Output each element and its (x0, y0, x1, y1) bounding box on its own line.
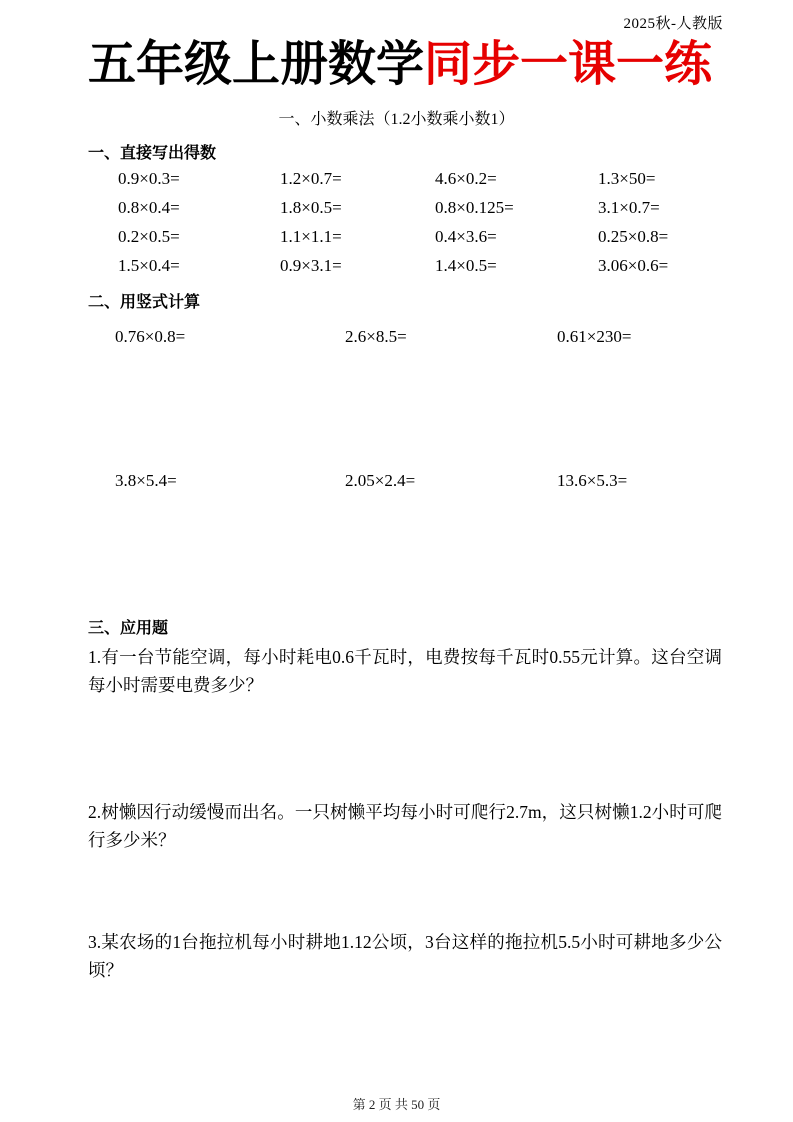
oral-problem: 0.25×0.8= (598, 222, 710, 251)
vertical-problem: 13.6×5.3= (530, 470, 710, 492)
oral-problem: 1.2×0.7= (280, 164, 435, 193)
oral-calculation-grid: 0.9×0.3= 1.2×0.7= 4.6×0.2= 1.3×50= 0.8×0… (88, 164, 710, 280)
vertical-problem: 2.6×8.5= (318, 326, 530, 348)
word-problem: 2.树懒因行动缓慢而出名。一只树懒平均每小时可爬行2.7m，这只树懒1.2小时可… (88, 798, 722, 854)
edition-label: 2025秋-人教版 (624, 12, 724, 33)
vertical-calculation-row: 3.8×5.4= 2.05×2.4= 13.6×5.3= (88, 470, 710, 492)
oral-problem: 0.2×0.5= (88, 222, 280, 251)
oral-problem: 1.3×50= (598, 164, 710, 193)
lesson-subtitle: 一、小数乘法（1.2小数乘小数1） (0, 106, 793, 129)
oral-problem: 0.9×0.3= (88, 164, 280, 193)
word-problem: 1.有一台节能空调，每小时耗电0.6千瓦时，电费按每千瓦时0.55元计算。这台空… (88, 643, 722, 699)
title-black-part: 五年级上册数学 (88, 38, 424, 91)
vertical-problem: 0.61×230= (530, 326, 710, 348)
word-problem: 3.某农场的1台拖拉机每小时耕地1.12公顷，3台这样的拖拉机5.5小时可耕地多… (88, 928, 722, 984)
page-footer: 第 2 页 共 50 页 (0, 1094, 793, 1113)
title-red-part: 同步一课一练 (424, 38, 712, 91)
oral-problem: 0.9×3.1= (280, 251, 435, 280)
vertical-problem: 2.05×2.4= (318, 470, 530, 492)
oral-problem: 0.4×3.6= (435, 222, 598, 251)
oral-problem: 1.1×1.1= (280, 222, 435, 251)
oral-problem: 0.8×0.125= (435, 193, 598, 222)
worksheet-title: 五年级上册数学同步一课一练 (72, 34, 728, 96)
oral-problem: 1.5×0.4= (88, 251, 280, 280)
worksheet-page: 2025秋-人教版 五年级上册数学同步一课一练 一、小数乘法（1.2小数乘小数1… (0, 0, 793, 1122)
vertical-problem: 3.8×5.4= (88, 470, 318, 492)
oral-problem: 1.8×0.5= (280, 193, 435, 222)
oral-problem: 4.6×0.2= (435, 164, 598, 193)
oral-problem: 1.4×0.5= (435, 251, 598, 280)
oral-problem: 3.1×0.7= (598, 193, 710, 222)
section-3-heading: 三、应用题 (88, 615, 168, 638)
oral-problem: 0.8×0.4= (88, 193, 280, 222)
section-2-heading: 二、用竖式计算 (88, 289, 200, 312)
vertical-problem: 0.76×0.8= (88, 326, 318, 348)
vertical-calculation-row: 0.76×0.8= 2.6×8.5= 0.61×230= (88, 326, 710, 348)
section-1-heading: 一、直接写出得数 (88, 140, 216, 163)
oral-problem: 3.06×0.6= (598, 251, 710, 280)
